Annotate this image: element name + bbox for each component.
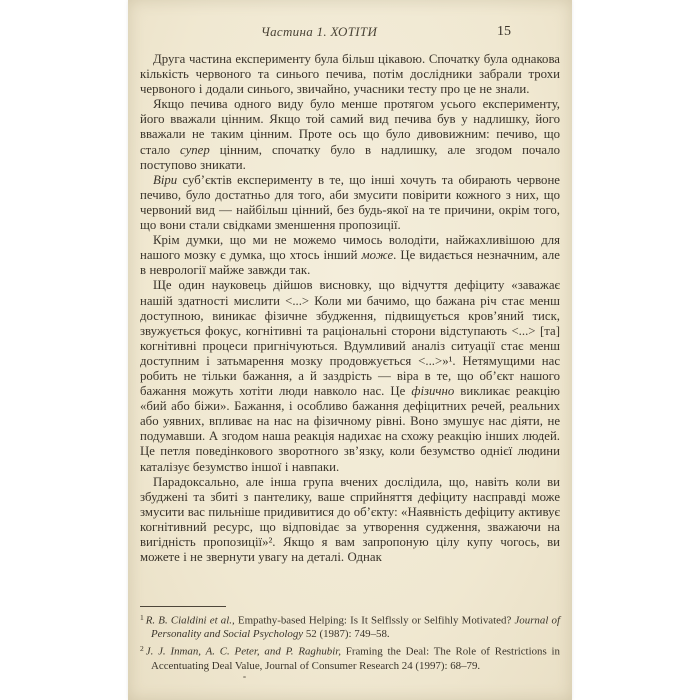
page-number: 15: [497, 24, 511, 40]
paragraph: Крім думки, що ми не можемо чимось волод…: [140, 233, 560, 278]
footnote-marker: 2: [140, 644, 144, 653]
italic-text-run: може: [361, 248, 393, 262]
running-head: Частина 1. ХОТІТИ 15: [128, 24, 572, 42]
text-run: Ще один науковець дійшов висновку, що ві…: [140, 278, 560, 398]
paragraph: Друга частина експерименту була більш ці…: [140, 52, 560, 97]
italic-text-run: Віри: [153, 173, 177, 187]
text-run: Парадоксально, але інша група вчених дос…: [140, 475, 560, 564]
body-text: Друга частина експерименту була більш ці…: [140, 52, 560, 604]
paragraph: Ще один науковець дійшов висновку, що ві…: [140, 278, 560, 474]
text-run: Empathy-based Helping: Is It Selflssly o…: [235, 615, 515, 627]
italic-text-run: супер: [180, 143, 210, 157]
book-page: Частина 1. ХОТІТИ 15 Друга частина експе…: [128, 0, 572, 700]
scan-speck: [243, 676, 246, 678]
italic-text-run: фізично: [411, 384, 454, 398]
chapter-title: Частина 1. ХОТІТИ: [261, 24, 377, 40]
paragraph: Віри суб’єктів експерименту в те, що інш…: [140, 173, 560, 233]
text-run: 52 (1987): 749–58.: [303, 628, 390, 640]
footnotes: 1R. B. Cialdini et al., Empathy-based He…: [140, 611, 560, 674]
scan-canvas: { "page": { "running_head": "Частина 1. …: [0, 0, 700, 700]
paragraph: Якщо печива одного виду було менше протя…: [140, 97, 560, 172]
paragraph: Парадоксально, але інша група вчених дос…: [140, 475, 560, 566]
italic-text-run: J. J. Inman, A. C. Peter, and P. Raghubi…: [146, 646, 341, 658]
footnote-marker: 1: [140, 613, 144, 622]
footnote-separator: [140, 606, 226, 607]
text-run: Друга частина експерименту була більш ці…: [140, 52, 560, 96]
italic-text-run: R. B. Cialdini et al.,: [146, 615, 235, 627]
footnote: 2J. J. Inman, A. C. Peter, and P. Raghub…: [140, 642, 560, 673]
text-run: суб’єктів експерименту в те, що інші хоч…: [140, 173, 560, 232]
footnote: 1R. B. Cialdini et al., Empathy-based He…: [140, 611, 560, 642]
